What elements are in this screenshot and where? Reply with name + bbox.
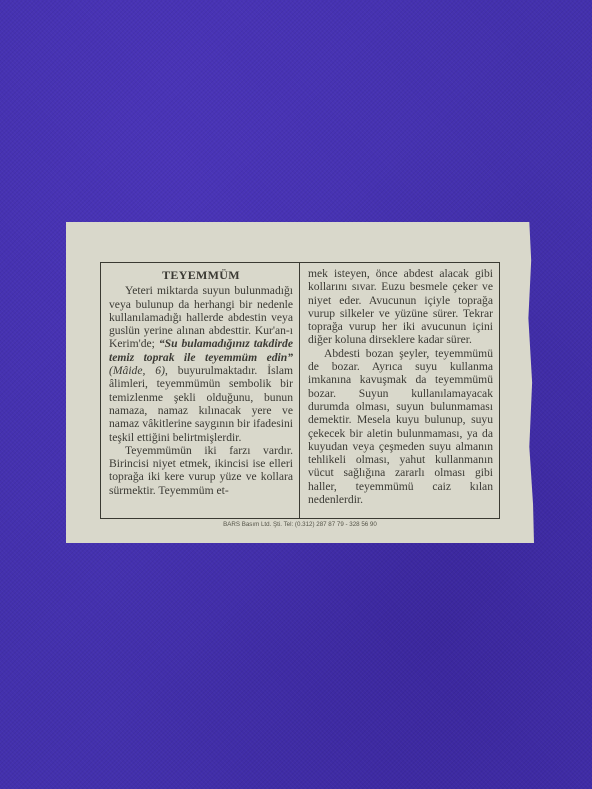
- paper-clipping: TEYEMMÜM Yeteri miktarda suyun bulunmadı…: [66, 222, 534, 543]
- quote-reference: (Mâide, 6): [109, 364, 165, 377]
- article-title: TEYEMMÜM: [109, 269, 293, 282]
- paragraph-farz: Teyemmümün iki farzı vardır. Birincisi n…: [109, 444, 293, 497]
- right-column: mek isteyen, önce abdest alacak gibi kol…: [300, 263, 499, 518]
- paragraph-procedure: mek isteyen, önce abdest alacak gibi kol…: [308, 267, 493, 347]
- paragraph-invalidators: Abdesti bozan şeyler, teyemmümü de bozar…: [308, 347, 493, 507]
- paragraph-definition: Yeteri miktarda suyun bulunmadığı veya b…: [109, 284, 293, 444]
- article-frame: TEYEMMÜM Yeteri miktarda suyun bulunmadı…: [100, 262, 500, 519]
- left-column: TEYEMMÜM Yeteri miktarda suyun bulunmadı…: [101, 263, 300, 518]
- publisher-footer: BARS Basım Ltd. Şti. Tel: (0.312) 287 87…: [66, 521, 534, 528]
